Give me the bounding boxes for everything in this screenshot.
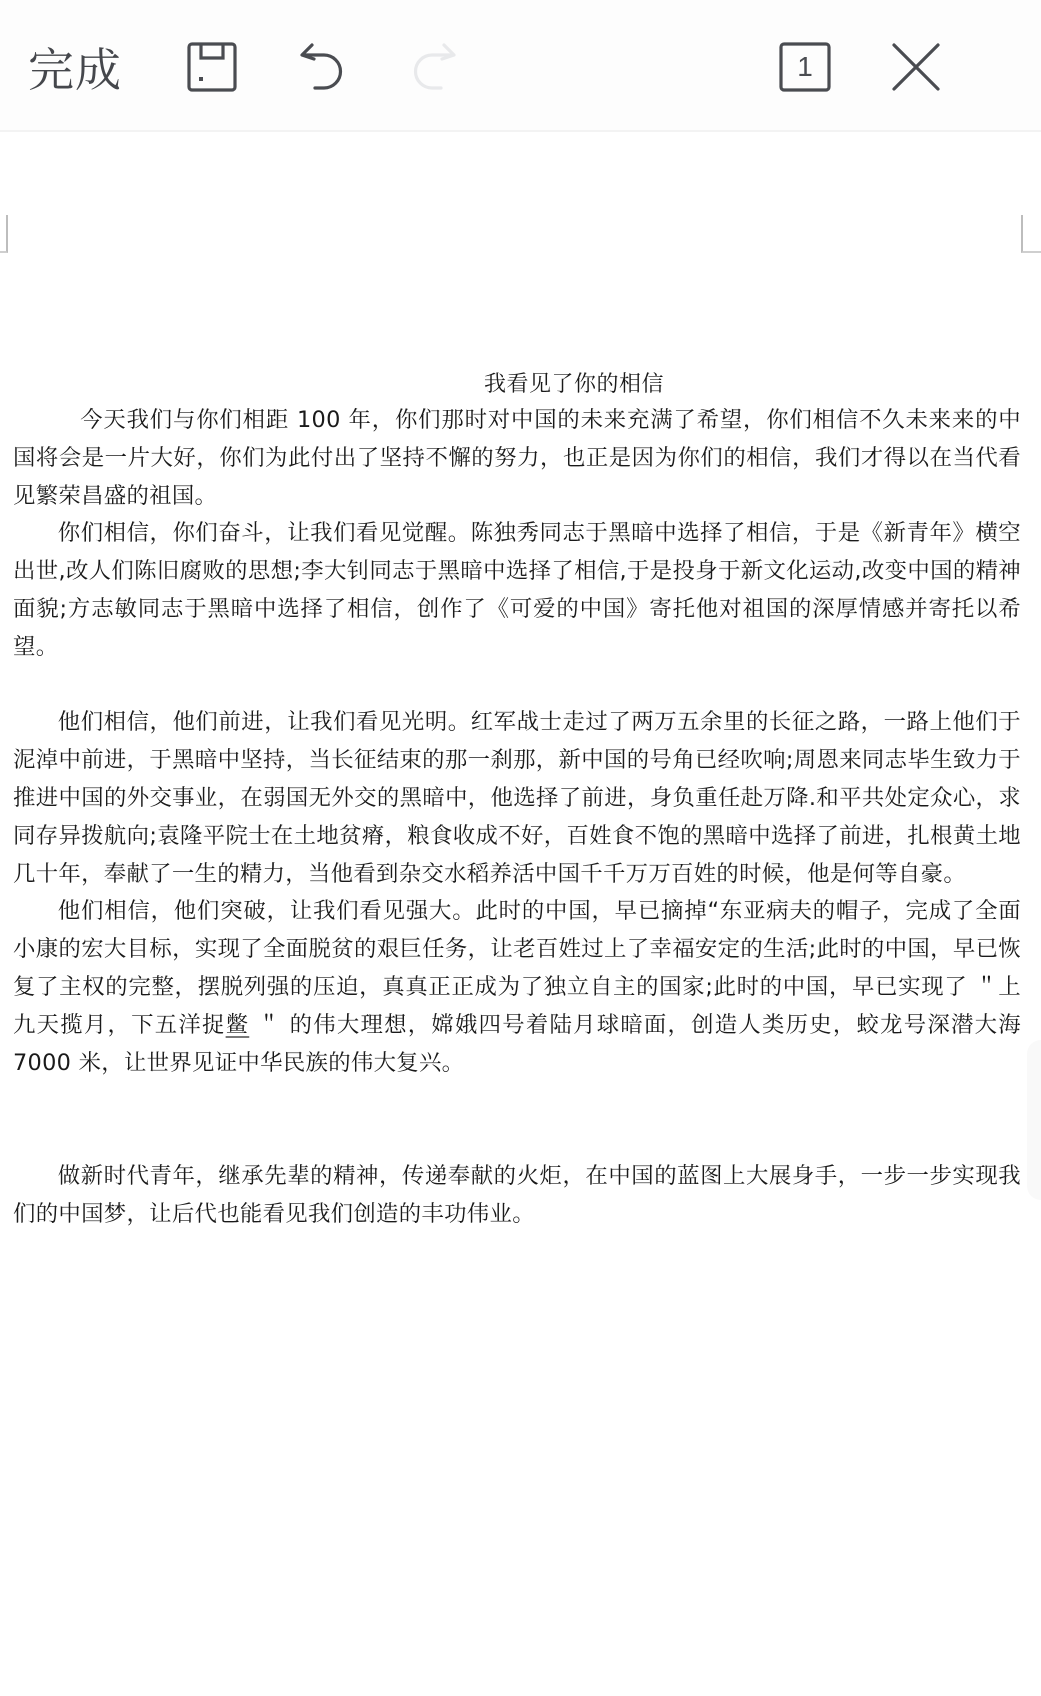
document-title[interactable]: 我看见了你的相信 [0,367,1041,398]
side-panel-handle[interactable] [1027,1040,1041,1200]
paragraph-5[interactable]: 做新时代青年，继承先辈的精神，传递奉献的火炬，在中国的蓝图上大展身手，一步一步实… [13,1158,1021,1234]
redo-button[interactable] [402,32,466,102]
undo-icon [294,41,350,93]
page-margin-mark-left [0,215,8,253]
empty-line [13,667,1021,705]
save-icon [186,41,238,93]
page-count-icon: 1 [779,41,831,93]
paragraph-1[interactable]: 今天我们与你们相距 100 年，你们那时对中国的未来充满了希望，你们相信不久未来… [13,402,1021,515]
save-button[interactable] [180,32,244,102]
page-count: 1 [779,41,831,93]
close-icon [890,41,942,93]
document-body[interactable]: 今天我们与你们相距 100 年，你们那时对中国的未来充满了希望，你们相信不久未来… [13,402,1021,1234]
spellcheck-underlined-word[interactable]: 鳖 [226,1012,250,1038]
paragraph-3[interactable]: 他们相信，他们前进，让我们看见光明。红军战士走过了两万五余里的长征之路，一路上他… [13,704,1021,893]
undo-button[interactable] [290,32,354,102]
close-button[interactable] [884,32,948,102]
page-count-button[interactable]: 1 [773,32,837,102]
paragraph-2[interactable]: 你们相信，你们奋斗，让我们看见觉醒。陈独秀同志于黑暗中选择了相信，于是《新青年》… [13,515,1021,666]
redo-icon [406,41,462,93]
page-margin-mark-right [1021,215,1041,253]
paragraph-4[interactable]: 他们相信，他们突破，让我们看见强大。此时的中国，早已摘掉“东亚病夫的帽子，完成了… [13,893,1021,1082]
edit-toolbar: 完成 1 [0,0,1041,132]
empty-lines [13,1082,1021,1158]
done-button[interactable]: 完成 [28,32,128,102]
